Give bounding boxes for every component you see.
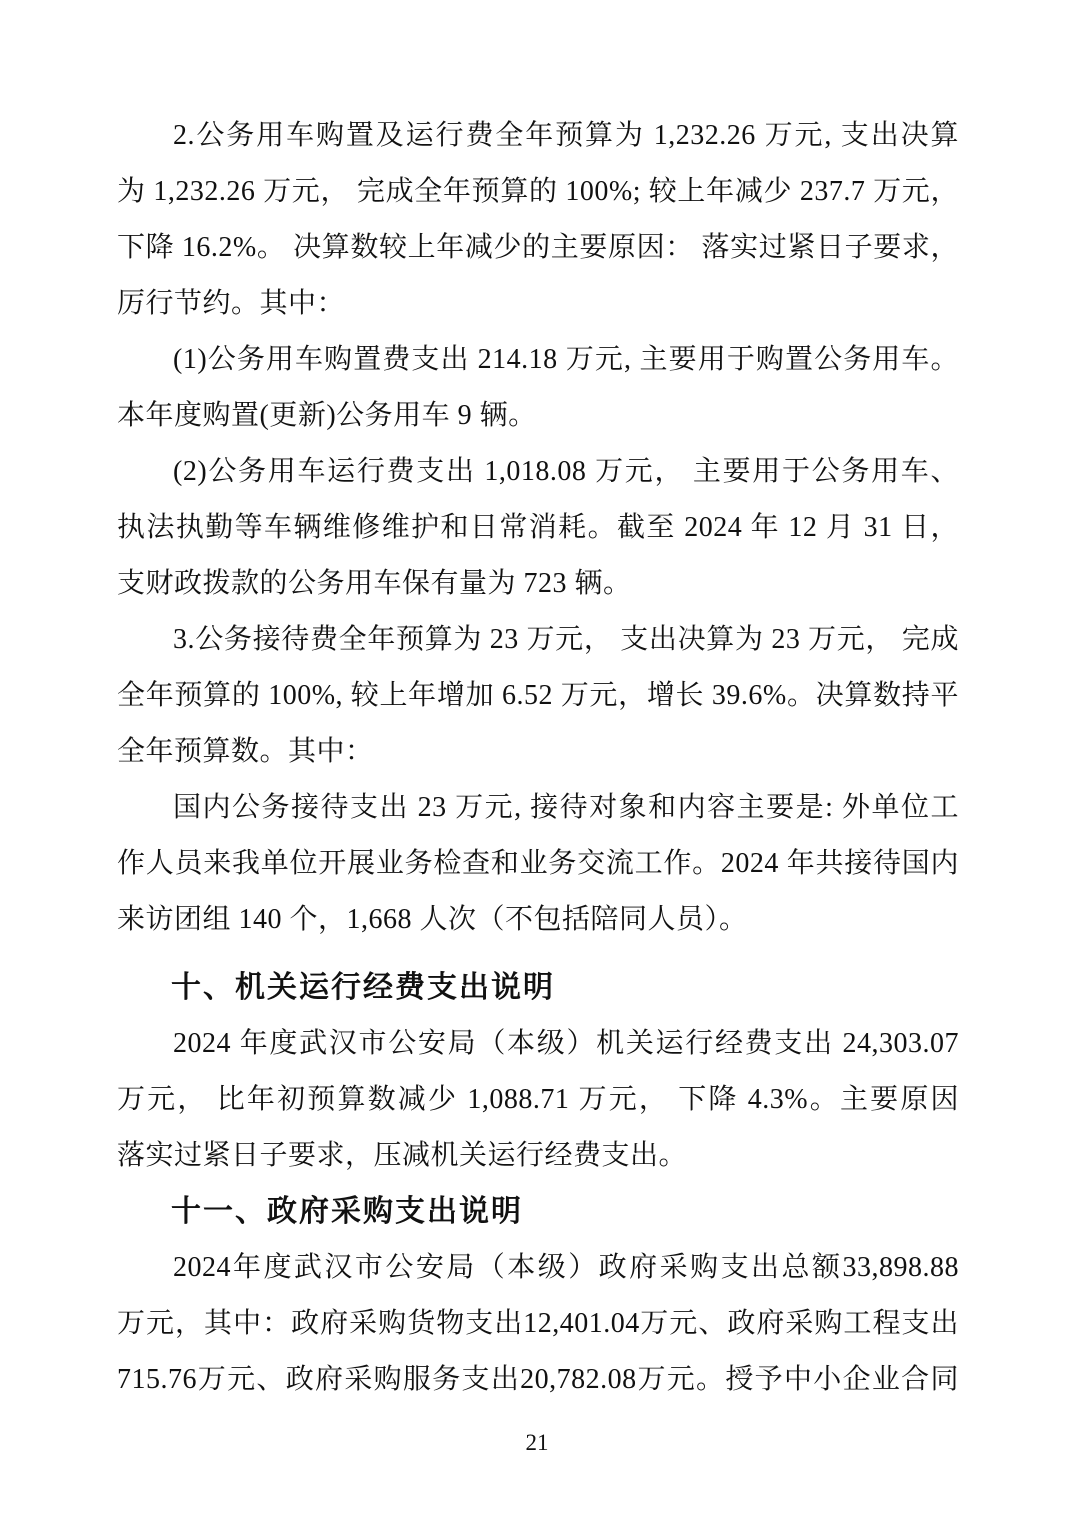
document-body: 2.公务用车购置及运行费全年预算为 1,232.26 万元, 支出决算 为 1,… bbox=[117, 108, 959, 1408]
paragraph-line: 2024年度武汉市公安局（本级）政府采购支出总额33,898.88 bbox=[117, 1240, 959, 1296]
section-heading-org-operating-costs: 十、机关运行经费支出说明 bbox=[117, 960, 959, 1016]
paragraph-line: 支财政拨款的公务用车保有量为 723 辆。 bbox=[117, 556, 959, 612]
paragraph-line: 国内公务接待支出 23 万元, 接待对象和内容主要是: 外单位工 bbox=[117, 780, 959, 836]
paragraph-line: (1)公务用车购置费支出 214.18 万元, 主要用于购置公务用车。 bbox=[117, 332, 959, 388]
paragraph-line: 2024 年度武汉市公安局（本级）机关运行经费支出 24,303.07 bbox=[117, 1016, 959, 1072]
paragraph-line: 715.76万元、政府采购服务支出20,782.08万元。授予中小企业合同 bbox=[117, 1352, 959, 1408]
paragraph-line: 落实过紧日子要求，压减机关运行经费支出。 bbox=[117, 1128, 959, 1184]
paragraph-line: 全年预算数。其中： bbox=[117, 724, 959, 780]
page-number: 21 bbox=[0, 1430, 1074, 1456]
paragraph-line: (2)公务用车运行费支出 1,018.08 万元， 主要用于公务用车、 bbox=[117, 444, 959, 500]
section-heading-government-procurement: 十一、政府采购支出说明 bbox=[117, 1184, 959, 1240]
paragraph-line: 本年度购置(更新)公务用车 9 辆。 bbox=[117, 388, 959, 444]
paragraph-line: 下降 16.2%。 决算数较上年减少的主要原因： 落实过紧日子要求， bbox=[117, 220, 959, 276]
paragraph-line: 3.公务接待费全年预算为 23 万元， 支出决算为 23 万元， 完成 bbox=[117, 612, 959, 668]
paragraph-line: 全年预算的 100%, 较上年增加 6.52 万元，增长 39.6%。决算数持平 bbox=[117, 668, 959, 724]
paragraph-line: 来访团组 140 个，1,668 人次（不包括陪同人员）。 bbox=[117, 892, 959, 948]
document-page: 2.公务用车购置及运行费全年预算为 1,232.26 万元, 支出决算 为 1,… bbox=[0, 0, 1074, 1520]
paragraph-line: 执法执勤等车辆维修维护和日常消耗。截至 2024 年 12 月 31 日，开 bbox=[117, 500, 959, 556]
paragraph-line: 厉行节约。其中： bbox=[117, 276, 959, 332]
paragraph-line: 作人员来我单位开展业务检查和业务交流工作。2024 年共接待国内 bbox=[117, 836, 959, 892]
paragraph-line: 万元， 比年初预算数减少 1,088.71 万元， 下降 4.3%。主要原因是： bbox=[117, 1072, 959, 1128]
paragraph-line: 为 1,232.26 万元， 完成全年预算的 100%; 较上年减少 237.7… bbox=[117, 164, 959, 220]
paragraph-line: 万元，其中：政府采购货物支出12,401.04万元、政府采购工程支出 bbox=[117, 1296, 959, 1352]
paragraph-line: 2.公务用车购置及运行费全年预算为 1,232.26 万元, 支出决算 bbox=[117, 108, 959, 164]
